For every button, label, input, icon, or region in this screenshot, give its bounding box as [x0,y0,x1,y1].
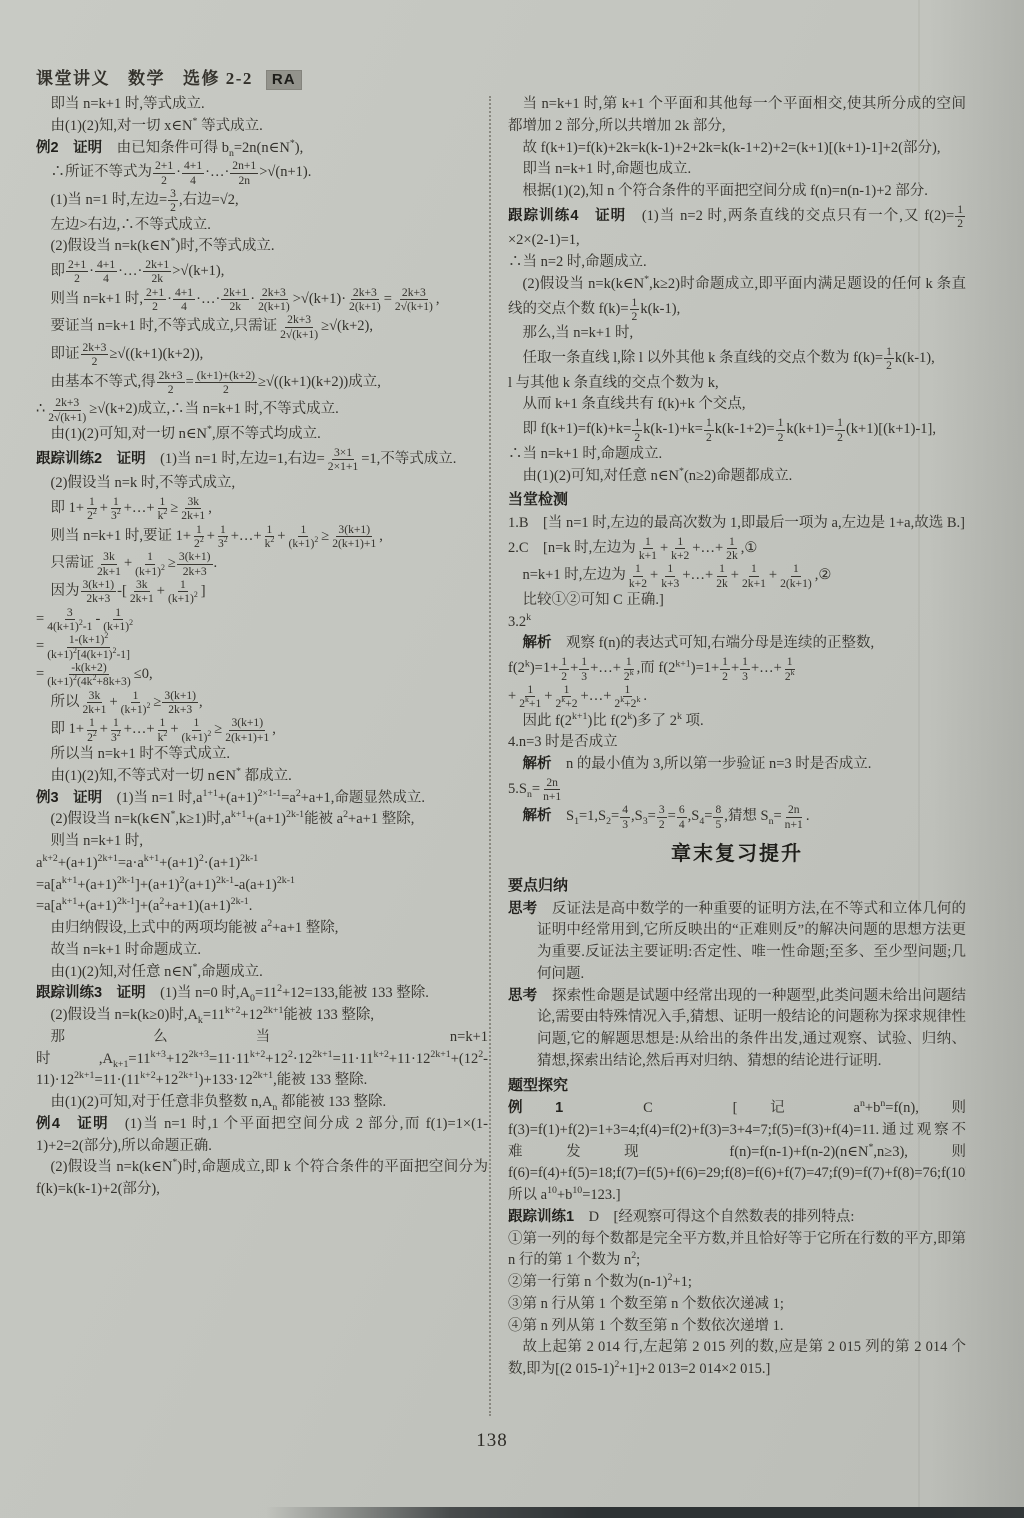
paragraph: 解析 S1=1,S2=43,S3=32=64,S4=85,猜想 Sn=2nn+1… [508,803,966,831]
paragraph: 那么当 n=k+1 时,Ak+1=11k+3+122k+3=11·11k+2+1… [36,1027,488,1092]
paragraph: f(2k)=1+12+13+…+12k,而 f(2k+1)=1+12+13+…+… [508,655,966,683]
paragraph: 由(1)(2)知,对任意 n∈N*,命题成立. [36,962,488,984]
paragraph: ④第 n 列从第 1 个数至第 n 个数依次递增 1. [508,1316,966,1338]
paragraph: =a[ak+1+(a+1)2k-1]+(a+1)2(a+1)2k-1-a(a+1… [36,875,488,897]
fraction: 12k+2k [612,683,642,711]
paragraph: 因此 f(2k+1)比 f(2k)多了 2k 项. [508,711,966,733]
paragraph-label: 例1 [508,1100,563,1116]
paragraph: 即证2k+32≥√((k+1)(k+2)), [36,341,488,369]
paragraph: 由基本不等式,得2k+32=(k+1)+(k+2)2≥√((k+1)(k+2))… [36,369,488,397]
paragraph: 即 1+122+132+…+1k2≥3k2k+1, [36,495,488,523]
fraction: 1k+3 [659,562,681,590]
fraction: 12 [776,416,786,444]
fraction: 122 [85,495,99,523]
paragraph-label: 例2 证明 [36,140,102,156]
fraction: 2k+32√(k+1) [393,286,435,314]
fraction: 1k2 [156,716,170,744]
paragraph: 故 f(k+1)=f(k)+2k=k(k-1)+2+2k=k(k-1+2)+2=… [508,138,966,160]
edition-badge: RA [267,71,301,89]
paragraph: (2)假设当 n=k(k∈N*)时,命题成立,即 k 个符合条件的平面把空间分为… [36,1157,488,1201]
fraction: 3k2k+1 [128,578,156,606]
paragraph: ①第一列的每个数都是完全平方数,并且恰好等于它所在行数的平方,即第 n 行的第 … [508,1229,966,1273]
fraction: 12 [632,416,642,444]
paragraph: =a[ak+1+(a+1)2k-1]+(a2+a+1)(a+1)2k-1. [36,896,488,918]
paragraph: 由(1)(2)可知,对一切 n∈N*,原不等式均成立. [36,424,488,446]
scan-edge-shadow [0,1507,1024,1518]
paragraph: 即当 n=k+1 时,命题也成立. [508,159,966,181]
fraction: 3k2k+1 [179,495,207,523]
section-heading: 要点归纳 [508,875,966,898]
fraction: 2k+12k [221,286,249,314]
textbook-page-scan: 课堂讲义数学选修 2-2RA 即当 n=k+1 时,等式成立.由(1)(2)知,… [0,0,1024,1518]
fraction: 3(k+1)2(k+1)+1 [330,523,378,551]
paragraph: 跟踪训练1 D [经观察可得这个自然数表的排列特点: [508,1207,966,1229]
fraction: 3k2k+1 [81,689,109,717]
fraction: 1(k+1)2 [133,550,167,578]
paragraph: 左边>右边,∴不等式成立. [36,215,488,237]
paragraph: 则当 n=k+1 时,要证 1+122+132+…+1k2+1(k+1)2≥3(… [36,523,488,551]
fraction: 4+14 [95,258,117,286]
fraction: 132 [109,716,123,744]
paragraph: 跟踪训练4 证明 (1)当 n=2 时,两条直线的交点只有一个,又 f(2)=1… [508,203,966,252]
paragraph: 当 n=k+1 时,第 k+1 个平面和其他每一个平面相交,使其所分成的空间都增… [508,94,966,138]
paragraph: (2)假设当 n=k(k∈N*,k≥2)时命题成立,即平面内满足题设的任何 k … [508,274,966,323]
fraction: 64 [677,803,687,831]
fraction: 12 [835,416,845,444]
paragraph: =-k(k+2)(k+1)2(4k2+8k+3)≤0, [36,661,488,689]
paragraph: (2)假设当 n=k(k∈N*)时,不等式成立. [36,236,488,258]
header-series: 课堂讲义 [36,69,110,88]
paragraph-label: 例3 证明 [36,790,102,806]
paragraph: 即2+12·4+14·…·2k+12k>√(k+1), [36,258,488,286]
fraction: 2k+12k [143,258,171,286]
paragraph: (2)假设当 n=k(k≥0)时,Ak=11k+2+122k+1能被 133 整… [36,1005,488,1027]
fraction: 2+12 [144,286,166,314]
fraction: 3(k+1)2k+3 [162,689,198,717]
paragraph: (2)假设当 n=k(k∈N*,k≥1)时,ak+1+(a+1)2k-1能被 a… [36,809,488,831]
right-column: 当 n=k+1 时,第 k+1 个平面和其他每一个平面相交,使其所分成的空间都增… [508,94,966,1420]
fraction: 2nn+1 [541,776,563,804]
paragraph: 例2 证明 由已知条件可得 bn=2n(n∈N*), [36,138,488,160]
paragraph: (1)当 n=1 时,左边=32,右边=√2, [36,187,488,215]
paragraph: (2)假设当 n=k 时,不等式成立, [36,473,488,495]
paragraph: 即当 n=k+1 时,等式成立. [36,94,488,116]
fraction: 4+14 [182,159,204,187]
fraction: 12 [559,655,569,683]
paragraph-label: 解析 [523,756,552,772]
fraction: 12k+1 [517,683,543,711]
paragraph: 根据(1)(2),知 n 个符合条件的平面把空间分成 f(n)=n(n-1)+2… [508,181,966,203]
fraction: 1k+2 [669,535,691,563]
fraction: 1(k+1)2 [101,606,135,634]
fraction: 12k+2 [553,683,579,711]
fraction: 32 [657,803,667,831]
paragraph: 由(1)(2)知,不等式对一切 n∈N* 都成立. [36,766,488,788]
paragraph-label: 跟踪训练3 证明 [36,985,146,1001]
paragraph: 由(1)(2)可知,对于任意非负整数 n,An 都能被 133 整除. [36,1092,488,1114]
fraction: 2nn+1 [783,803,805,831]
fraction: 12k [783,655,797,683]
fraction: 132 [216,523,230,551]
fraction: 2+12 [66,258,88,286]
fraction: 85 [713,803,723,831]
paragraph: 故上起第 2 014 行,左起第 2 015 列的数,应是第 2 015 列的第… [508,1337,966,1381]
paragraph: 从而 k+1 条直线共有 f(k)+k 个交点, [508,394,966,416]
fraction: 2k+32√(k+1) [278,313,320,341]
paragraph: 1.B [当 n=1 时,左边的最高次数为 1,即最后一项为 a,左边是 1+a… [508,513,966,535]
paragraph-label: 思考 [508,901,537,917]
section-heading: 题型探究 [508,1075,966,1098]
fraction: 122 [85,716,99,744]
fraction: 34(k+1)2-1 [45,606,94,634]
fraction: 12(k+1) [778,562,814,590]
paragraph: 因为3(k+1)2k+3-[3k2k+1+1(k+1)2] [36,578,488,606]
section-heading: 当堂检测 [508,489,966,512]
paragraph: 例1 C [记 an+bn=f(n),则 f(3)=f(1)+f(2)=1+3=… [508,1098,966,1207]
paragraph: 跟踪训练3 证明 (1)当 n=0 时,A0=112+12=133,能被 133… [36,983,488,1005]
paragraph: 思考 反证法是高中数学的一种重要的证明方法,在不等式和立体几何的证明中经常用到,… [508,899,966,986]
paragraph: 即 f(k+1)=f(k)+k=12k(k-1)+k=12k(k-1+2)=12… [508,416,966,444]
fraction: 2k+32(k+1) [256,286,292,314]
paragraph: ②第一行第 n 个数为(n-1)2+1; [508,1272,966,1294]
left-column: 即当 n=k+1 时,等式成立.由(1)(2)知,对一切 x∈N* 等式成立.例… [36,94,488,1420]
paragraph: 那么,当 n=k+1 时, [508,323,966,345]
paragraph: ∴所证不等式为2+12·4+14·…·2n+12n>√(n+1). [36,159,488,187]
paragraph: 例3 证明 (1)当 n=1 时,a1+1+(a+1)2×1-1=a2+a+1,… [36,788,488,810]
paragraph: 由归纳假设,上式中的两项均能被 a2+a+1 整除, [36,918,488,940]
fraction: 1(k+1)2 [286,523,320,551]
fraction: 1k2 [156,495,170,523]
fraction: 32 [168,187,178,215]
paragraph: 解析 观察 f(n)的表达式可知,右端分母是连续的正整数, [508,633,966,655]
fraction: 1(k+1)2 [180,716,214,744]
fraction: 3(k+1)2k+3 [81,578,117,606]
paragraph: 则当 n=k+1 时, [36,831,488,853]
fraction: 1k2 [263,523,277,551]
fraction: 3×12×1+1 [326,446,360,474]
paragraph: 所以当 n=k+1 时不等式成立. [36,744,488,766]
fraction: 1k+1 [637,535,659,563]
fraction: 12 [884,345,894,373]
paragraph: 只需证3k2k+1+1(k+1)2≥3(k+1)2k+3. [36,550,488,578]
fraction: 2k+32(k+1) [347,286,383,314]
paragraph: n=k+1 时,左边为1k+2+1k+3+…+12k+12k+1+12(k+1)… [508,562,966,590]
paragraph-label: 思考 [508,988,537,1004]
paragraph: 3.2k [508,612,966,634]
fraction: (k+1)+(k+2)2 [195,369,257,397]
fraction: 12k+1 [740,562,768,590]
fraction: 2k+32√(k+1) [46,396,88,424]
fraction: 122 [192,523,206,551]
fraction: 12 [720,655,730,683]
fraction: 1-(k+1)2(k+1)2[4(k+1)2-1] [45,633,132,661]
header-module: 选修 2-2 [183,69,253,88]
header-subject: 数学 [128,69,165,88]
paragraph: =1-(k+1)2(k+1)2[4(k+1)2-1] [36,633,488,661]
paragraph: 即 1+122+132+…+1k2+1(k+1)2≥3(k+1)2(k+1)+1… [36,716,488,744]
chapter-heading: 章末复习提升 [508,839,966,869]
paragraph: ak+2+(a+1)2k+1=a·ak+1+(a+1)2·(a+1)2k-1 [36,853,488,875]
fraction: -k(k+2)(k+1)2(4k2+8k+3) [45,661,133,689]
page-number: 138 [452,1430,532,1452]
fraction: 3(k+1)2k+3 [177,550,213,578]
paragraph: +12k+1+12k+2+…+12k+2k. [508,683,966,711]
paragraph: 4.n=3 时是否成立 [508,732,966,754]
paragraph: 所以3k2k+1+1(k+1)2≥3(k+1)2k+3, [36,689,488,717]
paragraph: ∴2k+32√(k+1)≥√(k+2)成立,∴当 n=k+1 时,不等式成立. [36,396,488,424]
fraction: 3(k+1)2(k+1)+1 [223,716,271,744]
fraction: 3k2k+1 [95,550,123,578]
paragraph-label: 解析 [523,635,552,651]
paragraph: 例4 证明 (1)当 n=1 时,1 个平面把空间分成 2 部分,而 f(1)=… [36,1114,488,1158]
fraction: 4+14 [173,286,195,314]
fraction: 13 [740,655,750,683]
paragraph: 5.Sn=2nn+1 [508,776,966,804]
paragraph: 要证当 n=k+1 时,不等式成立,只需证2k+32√(k+1)≥√(k+2), [36,313,488,341]
column-divider-dotted-line [489,96,491,1416]
paragraph: 由(1)(2)知,对一切 x∈N* 等式成立. [36,116,488,138]
paragraph-label: 例4 证明 [36,1116,109,1132]
paragraph: ∴当 n=k+1 时,命题成立. [508,444,966,466]
fraction: 1(k+1)2 [166,578,200,606]
fraction: 2k+32 [157,369,185,397]
fraction: 13 [579,655,589,683]
paragraph: 跟踪训练2 证明 (1)当 n=1 时,左边=1,右边=3×12×1+1=1,不… [36,446,488,474]
fraction: 132 [109,495,123,523]
fraction: 2k+32 [81,341,109,369]
fraction: 2n+12n [230,159,258,187]
fraction: 12k [622,655,636,683]
fraction: 12 [630,296,640,324]
paragraph: ③第 n 行从第 1 个数至第 n 个数依次递减 1; [508,1294,966,1316]
paragraph-label: 跟踪训练2 证明 [36,451,146,467]
fraction: 12 [704,416,714,444]
paragraph: 比较①②可知 C 正确.] [508,590,966,612]
paragraph: 由(1)(2)可知,对任意 n∈N*(n≥2)命题都成立. [508,466,966,488]
paragraph: =34(k+1)2-1-1(k+1)2 [36,606,488,634]
paragraph-label: 跟踪训练4 证明 [508,208,626,224]
paragraph: ∴当 n=2 时,命题成立. [508,252,966,274]
paragraph-label: 解析 [523,809,552,825]
page-header: 课堂讲义数学选修 2-2RA [36,64,301,89]
paragraph: 2.C [n=k 时,左边为1k+1+1k+2+…+12k,① [508,535,966,563]
paragraph: 则当 n=k+1 时,2+12·4+14·…·2k+12k·2k+32(k+1)… [36,286,488,314]
fraction: 43 [620,803,630,831]
fraction: 2+12 [153,159,175,187]
paragraph: 解析 n 的最小值为 3,所以第一步验证 n=3 时是否成立. [508,754,966,776]
paragraph-label: 跟踪训练1 [508,1209,574,1225]
paragraph: l 与其他 k 条直线的交点个数为 k, [508,373,966,395]
fraction: 1(k+1)2 [119,689,153,717]
paragraph: 任取一条直线 l,除 l 以外其他 k 条直线的交点个数为 f(k)=12k(k… [508,345,966,373]
paragraph: 故当 n=k+1 时命题成立. [36,940,488,962]
fraction: 12 [955,203,965,231]
fraction: 12k [714,562,730,590]
paragraph: 思考 探索性命题是试题中经常出现的一种题型,此类问题未给出问题结论,需要由特殊情… [508,986,966,1073]
fraction: 1k+2 [627,562,649,590]
fraction: 12k [724,535,740,563]
